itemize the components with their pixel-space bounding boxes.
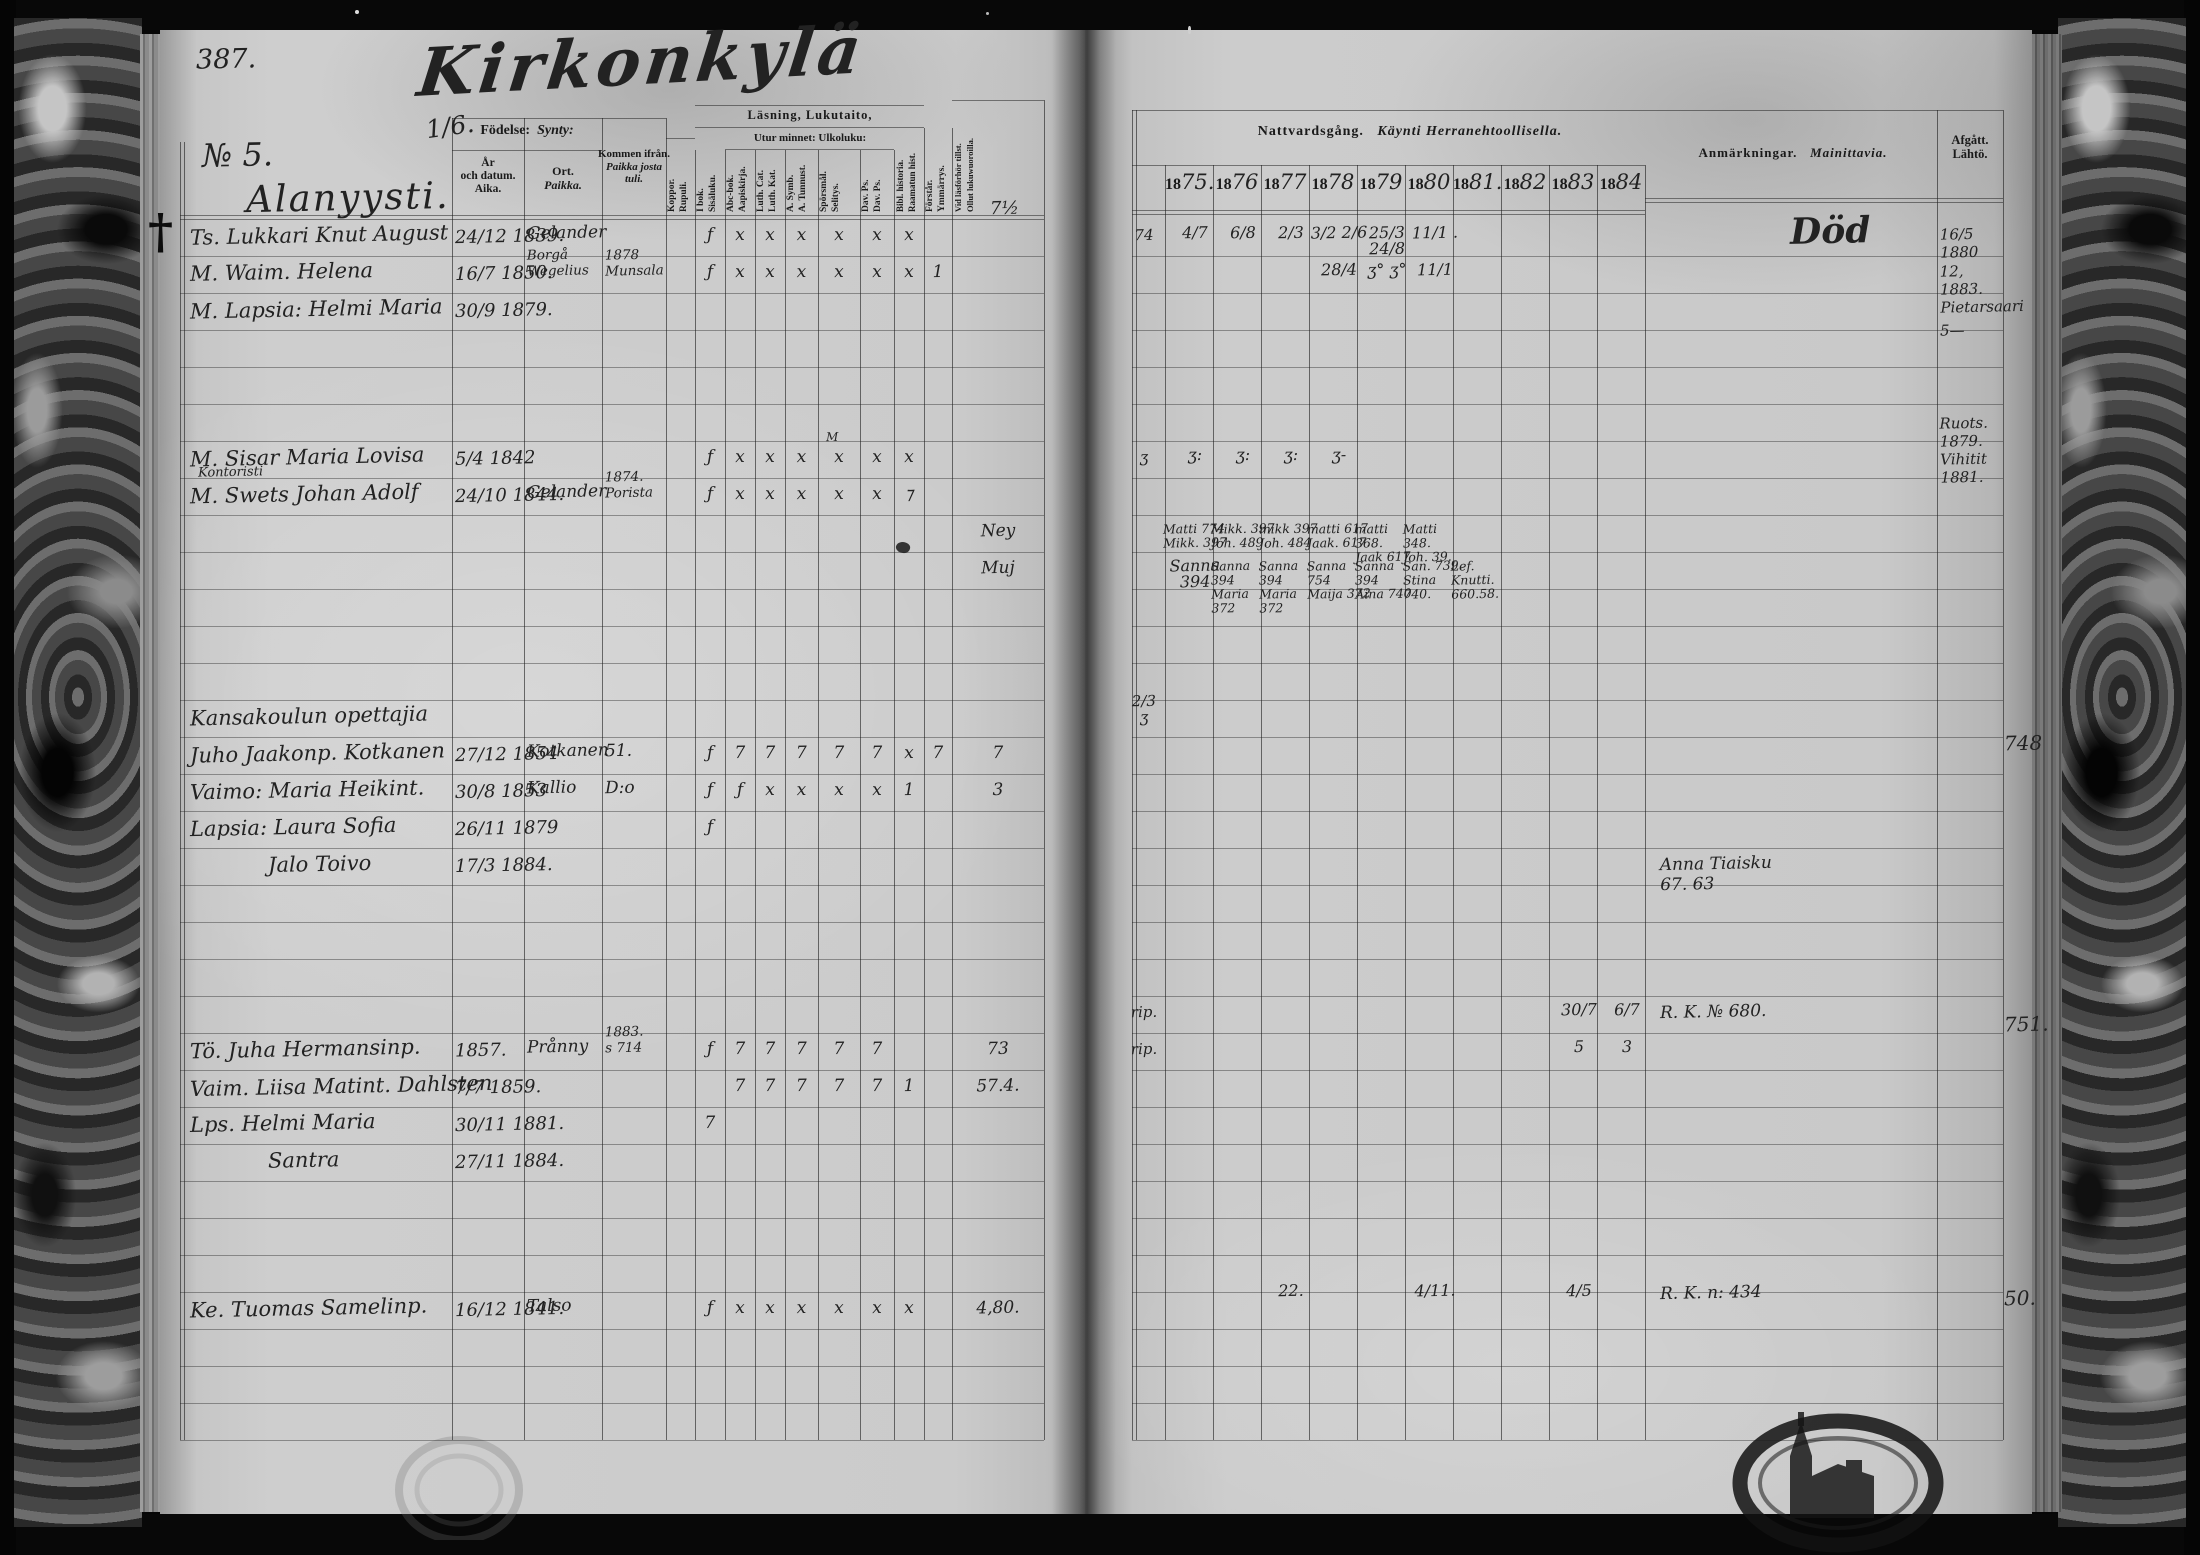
departed-note: 5—: [1940, 321, 2002, 340]
entry-birthplace: Borgå Wegelius: [527, 246, 589, 279]
right-table-column-line: [1937, 110, 1938, 1440]
left-table-column-line: [602, 118, 603, 1440]
departed-note: 12, 1883. Pietarsaari: [1939, 261, 2002, 316]
left-row-line: [180, 441, 1044, 442]
reading-mark-bibl: x: [894, 227, 924, 245]
right-row-line: [1132, 959, 2003, 960]
communion-cell-1884: 6/7: [1595, 1001, 1659, 1018]
column-label-koppor: Koppor. Rupuli.: [666, 140, 695, 212]
year-header-cell: 1880: [1405, 170, 1453, 194]
reading-mark-abc: x: [725, 486, 755, 504]
year-suffix-handwritten: 81.: [1469, 170, 1502, 194]
reading-mark-bibl: x: [894, 745, 924, 763]
entry-came-from: D:o: [605, 780, 635, 797]
entry-birthplace: Prånny: [527, 1038, 589, 1055]
left-row-line: [180, 737, 1044, 738]
right-year-column-line: [1213, 165, 1214, 1440]
margin-note: rip.: [1124, 1004, 1164, 1021]
column-label-vidlas: Vid läsförhör tillst. Ollut lukuwuoroill…: [952, 102, 1044, 212]
header-fodelse: Födelse: Synty:: [452, 123, 602, 139]
right-row-line: [1132, 737, 2003, 738]
left-row-line: [180, 922, 1044, 923]
left-table-edge: [180, 142, 181, 1440]
column-label-abc: Abc-bok. Aapiskirja.: [725, 152, 755, 212]
reading-mark-abc: x: [725, 264, 755, 282]
right-row-line: [1132, 811, 2003, 812]
left-row-line: [180, 996, 1044, 997]
right-year-column-line: [1261, 165, 1262, 1440]
year-suffix-handwritten: 78: [1328, 170, 1355, 194]
year-suffix-handwritten: 75.: [1181, 170, 1214, 194]
folio-number-left: 387.: [196, 43, 257, 75]
column-label-cat: Luth. Cat. Luth. Kat.: [755, 152, 785, 212]
reading-mark-forstar: 7: [924, 745, 952, 763]
right-row-line: [1132, 848, 2003, 849]
right-row-line: [1132, 1366, 2003, 1367]
death-cross-mark: †: [148, 204, 173, 260]
reading-mark-symb: x: [785, 486, 818, 504]
header-natt-sv: Nattvardsgång.: [1258, 124, 1364, 139]
reading-mark-cat: 7: [755, 1078, 785, 1096]
left-header-line: [452, 118, 666, 119]
right-row-line: [1132, 1070, 2003, 1071]
reading-mark-abc: 7: [725, 745, 755, 763]
reading-mark-vidlas: 3: [952, 781, 1044, 800]
remark-note: R. K. № 680.: [1660, 1001, 1767, 1023]
header-anmarkningar: Anmärkningar. Mainittavia.: [1658, 146, 1928, 161]
reading-mark-bibl: 1: [894, 1078, 924, 1096]
right-row-line: [1132, 885, 2003, 886]
year-suffix-handwritten: 84: [1616, 170, 1643, 194]
right-row-line: [1132, 367, 2003, 368]
right-row-line: [1132, 552, 2003, 553]
left-header-bottom: [180, 219, 1044, 220]
faint-stamp-icon: [392, 1428, 527, 1540]
reading-mark-vidlas: Ney: [952, 522, 1044, 541]
year-header-cell: 1884: [1597, 170, 1645, 194]
left-row-line: [180, 1181, 1044, 1182]
year-header-cell: 1877: [1261, 170, 1309, 194]
left-header-line: [452, 150, 602, 151]
reading-mark-bibl: x: [894, 449, 924, 467]
left-header-line: [952, 100, 1044, 101]
reading-mark-davps: x: [860, 449, 894, 467]
entry-birthdate: 27/11 1884.: [455, 1150, 565, 1173]
left-row-line: [180, 552, 1044, 553]
column-label-spors: Spörsmål. Selitys.: [818, 152, 860, 212]
scan-speck: [986, 12, 989, 15]
left-row-line: [180, 700, 1044, 701]
left-header-line: [695, 127, 924, 128]
entry-birthdate: 5/4 1842: [455, 447, 536, 470]
reading-mark-symb: 7: [785, 1078, 818, 1096]
right-row-line: [1132, 1329, 2003, 1330]
entry-name: Ke. Tuomas Samelinp.: [190, 1294, 428, 1323]
reading-mark-cat: x: [755, 264, 785, 282]
year-suffix-handwritten: 79: [1376, 170, 1403, 194]
right-header-line: [1132, 110, 2003, 111]
margin-note: 74: [1124, 227, 1164, 244]
reading-mark-forstar: 1: [924, 264, 952, 282]
right-year-column-line: [1549, 165, 1550, 1440]
reading-mark-ibok: ƒ: [695, 449, 725, 467]
entry-came-from: 51.: [605, 743, 632, 760]
archive-church-stamp-icon: [1728, 1408, 1948, 1553]
year-header-cell: 1883: [1549, 170, 1597, 194]
entry-came-from: 1874. Porista: [605, 469, 654, 502]
book-gutter: [1052, 30, 1116, 1514]
left-row-line: [180, 1107, 1044, 1108]
reading-mark-abc: 7: [725, 1041, 755, 1059]
right-row-line: [1132, 922, 2003, 923]
communion-cell-1884: 3: [1595, 1038, 1659, 1055]
reading-mark-abc: x: [725, 227, 755, 245]
header-lasning: Läsning, Lukutaito,: [695, 108, 925, 122]
right-row-line: [1132, 441, 2003, 442]
header-nattvardsgang: Nattvardsgång. Käynti Herranehtoollisell…: [1200, 124, 1620, 140]
column-label-ibok: I bok. Sisäluku.: [695, 152, 725, 212]
reading-mark-davps: 7: [860, 1041, 894, 1059]
year-suffix-handwritten: 82: [1520, 170, 1547, 194]
margin-folio-number: 50.: [2004, 1286, 2036, 1311]
year-suffix-handwritten: 80: [1424, 170, 1451, 194]
right-header-line: [1132, 214, 1645, 215]
year-header-cell: 1882: [1501, 170, 1549, 194]
right-row-line: [1132, 774, 2003, 775]
reading-mark-spors: x: [818, 1300, 860, 1318]
left-row-line: [180, 885, 1044, 886]
reading-mark-davps: x: [860, 782, 894, 800]
entry-birthplace: Talso: [527, 1298, 572, 1315]
reading-mark-note: M: [826, 430, 839, 444]
entry-birthdate: 1857.: [455, 1039, 507, 1061]
header-afgatt: Afgått. Lähtö.: [1937, 133, 2003, 162]
year-prefix-printed: 18: [1216, 176, 1232, 193]
reading-mark-davps: x: [860, 1300, 894, 1318]
reading-mark-spors: x: [818, 782, 860, 800]
reading-mark-spors: x: [818, 227, 860, 245]
entry-birthplace: Gelander: [527, 224, 607, 242]
header-natt-fi: Käynti Herranehtoollisella.: [1377, 124, 1562, 139]
reading-mark-spors: x: [818, 449, 860, 467]
reading-mark-bibl: x: [894, 264, 924, 282]
reading-mark-davps: x: [860, 227, 894, 245]
reading-mark-abc: 7: [725, 1078, 755, 1096]
header-kommen-sv: Kommen ifrån.: [598, 148, 670, 160]
left-row-line: [180, 367, 1044, 368]
left-header-bottom: [180, 215, 1044, 216]
reading-mark-ibok: ƒ: [695, 227, 725, 245]
left-header-line: [666, 138, 695, 139]
header-kommen-fi: Paikka josta tuli.: [606, 161, 662, 186]
margin-folio-number: 751.: [2004, 1012, 2049, 1037]
section-heading: Kansakoulun opettajia: [190, 702, 428, 731]
right-row-line: [1132, 330, 2003, 331]
left-table-column-line: [666, 118, 667, 1440]
communion-cell-1880: 4/11.: [1403, 1283, 1467, 1300]
year-header-cell: 1876: [1213, 170, 1261, 194]
scan-speck: [355, 10, 359, 14]
right-year-column-line: [1501, 165, 1502, 1440]
right-row-line: [1132, 404, 2003, 405]
right-row-line: [1132, 663, 2003, 664]
right-row-line: [1132, 1403, 2003, 1404]
entry-number: № 5.: [202, 135, 274, 174]
departed-note: 16/5 1880: [1940, 224, 2003, 261]
page-edges-right: [2032, 34, 2062, 1512]
left-row-line: [180, 959, 1044, 960]
right-year-column-line: [1405, 165, 1406, 1440]
margin-note: 2/3 ʒ: [1124, 693, 1165, 726]
left-row-line: [180, 293, 1044, 294]
header-ort-fi: Paikka.: [544, 178, 582, 192]
margin-note: rip.: [1124, 1041, 1164, 1058]
right-row-line: [1132, 1033, 2003, 1034]
reading-mark-spors: 7: [818, 745, 860, 763]
year-header-cell: 1879: [1357, 170, 1405, 194]
left-row-line: [180, 330, 1044, 331]
entry-birthplace: Gelander: [527, 483, 607, 501]
year-prefix-printed: 18: [1453, 176, 1469, 193]
right-row-line: [1132, 478, 2003, 479]
entry-came-from: 1878 Munsala: [605, 246, 664, 279]
right-row-line: [1132, 256, 2003, 257]
column-label-forstar: Förstår. Ymmärrys.: [924, 128, 952, 212]
reading-mark-symb: x: [785, 1300, 818, 1318]
right-row-line: [1132, 293, 2003, 294]
right-row-line: [1132, 1440, 2003, 1441]
entry-name: Vaimo: Maria Heikint.: [190, 776, 425, 805]
year-prefix-printed: 18: [1408, 176, 1424, 193]
reading-mark-vidlas: 4,80.: [952, 1299, 1044, 1318]
right-year-column-line: [1597, 165, 1598, 1440]
entry-came-from: 1883. s 714: [605, 1024, 644, 1057]
year-header-cell: 1875.: [1165, 170, 1213, 194]
scan-speck: [1188, 26, 1191, 34]
entry-birthdate: 17/3 1884.: [455, 854, 553, 877]
remark-note: Död: [1790, 209, 1871, 253]
right-row-line: [1132, 1255, 2003, 1256]
left-table-column-line: [452, 118, 453, 1440]
reading-mark-cat: 7: [755, 745, 785, 763]
reading-mark-vidlas: 73: [952, 1040, 1044, 1059]
header-anm-fi: Mainittavia.: [1810, 145, 1887, 160]
right-row-line: [1132, 515, 2003, 516]
left-table-column-line: [924, 128, 925, 1440]
right-row-line: [1132, 996, 2003, 997]
year-prefix-printed: 18: [1165, 176, 1181, 193]
column-label-bibl: Bibl. historia. Raamatun hist.: [894, 128, 924, 212]
entry-birthdate: 26/11 1879: [455, 817, 559, 840]
communion-cell-1880: 11/1: [1403, 261, 1467, 278]
departed-note: Ruots. 1879. Vihitit 1881.: [1939, 413, 2002, 486]
reading-mark-abc: ƒ: [725, 782, 755, 800]
reading-mark-symb: x: [785, 227, 818, 245]
entry-name: Tö. Juha Hermansinp.: [190, 1035, 421, 1064]
year-header-cell: 1878: [1309, 170, 1357, 194]
entry-name-note: Kontoristi: [198, 464, 263, 480]
left-header-line: [725, 149, 894, 150]
communion-cell-1878: ʒ-: [1307, 446, 1371, 463]
reading-mark-cat: x: [755, 227, 785, 245]
entry-name: Lapsia: Laura Sofia: [190, 813, 397, 841]
header-fodelse-sv: Födelse:: [480, 123, 530, 138]
communion-cell-1877: 22.: [1259, 1283, 1323, 1300]
marbled-cover-right: [2058, 18, 2186, 1527]
year-prefix-printed: 18: [1504, 176, 1520, 193]
entry-name: Jalo Toivo: [268, 851, 372, 877]
reading-mark-davps: 7: [860, 745, 894, 763]
reading-mark-cat: x: [755, 782, 785, 800]
header-utur-minnet: Utur minnet: Ulkoluku:: [725, 132, 895, 145]
entry-birthplace: Kotkanen: [527, 742, 609, 760]
header-anm-sv: Anmärkningar.: [1699, 145, 1798, 160]
year-prefix-printed: 18: [1312, 176, 1328, 193]
communion-cell-1881: Lef. Knutti. 660.58.: [1451, 558, 1516, 601]
reading-mark-ibok: ƒ: [695, 1041, 725, 1059]
year-suffix-handwritten: 77: [1280, 170, 1307, 194]
scan-border-right: [2184, 0, 2200, 1555]
entry-name: M. Swets Johan Adolf: [190, 480, 419, 509]
year-prefix-printed: 18: [1552, 176, 1568, 193]
left-row-line: [180, 1255, 1044, 1256]
reading-mark-cat: x: [755, 449, 785, 467]
entry-birthplace: Kallio: [527, 779, 577, 796]
scan-border-top: [0, 0, 2200, 30]
right-row-line: [1132, 1218, 2003, 1219]
reading-mark-bibl: 1: [894, 782, 924, 800]
reading-mark-spors: x: [818, 486, 860, 504]
reading-mark-abc: x: [725, 1300, 755, 1318]
left-row-line: [180, 1403, 1044, 1404]
reading-mark-symb: x: [785, 782, 818, 800]
margin-note: ʒ: [1124, 449, 1164, 466]
reading-mark-symb: x: [785, 264, 818, 282]
communion-cell-1883: 4/5: [1547, 1283, 1611, 1300]
right-row-line: [1132, 700, 2003, 701]
left-row-line: [180, 1218, 1044, 1219]
left-row-line: [180, 663, 1044, 664]
reading-mark-symb: 7: [785, 745, 818, 763]
remark-note: Anna Tiaisku 67. 63: [1660, 853, 1773, 895]
reading-mark-spors: 7: [818, 1041, 860, 1059]
reading-mark-ibok: ƒ: [695, 782, 725, 800]
right-row-line: [1132, 1144, 2003, 1145]
left-row-line: [180, 404, 1044, 405]
header-ar-datum: År och datum. Aika.: [452, 157, 524, 197]
left-row-line: [180, 1070, 1044, 1071]
left-row-line: [180, 774, 1044, 775]
year-prefix-printed: 18: [1360, 176, 1376, 193]
left-row-line: [180, 1329, 1044, 1330]
reading-mark-ibok: ƒ: [695, 486, 725, 504]
left-row-line: [180, 848, 1044, 849]
entry-birthdate: 30/9 1879.: [455, 299, 553, 322]
right-year-column-line: [1165, 165, 1166, 1440]
year-suffix-handwritten: 76: [1232, 170, 1259, 194]
reading-mark-cat: x: [755, 1300, 785, 1318]
reading-mark-ibok: ƒ: [695, 745, 725, 763]
reading-mark-ibok: ƒ: [695, 1300, 725, 1318]
left-row-line: [180, 589, 1044, 590]
header-fodelse-fi: Synty:: [537, 123, 574, 138]
header-ort-sv: Ort.: [552, 164, 574, 178]
reading-mark-spors: x: [818, 264, 860, 282]
right-year-column-line: [1645, 165, 1646, 1440]
reading-mark-davps: x: [860, 486, 894, 504]
column-label-symb: A. Symb. A. Tunnust.: [785, 152, 818, 212]
column-label-davps: Dav. Ps. Dav. Ps.: [860, 152, 894, 212]
right-year-column-line: [1357, 165, 1358, 1440]
entry-birthdate: 30/11 1881.: [455, 1113, 565, 1136]
entry-birthdate: 7/7 1859.: [455, 1076, 542, 1099]
left-row-line: [180, 1440, 1044, 1441]
year-suffix-handwritten: 83: [1568, 170, 1595, 194]
reading-mark-ibok: ƒ: [695, 819, 725, 837]
left-table-edge: [1044, 100, 1045, 1440]
right-table-edge: [1136, 110, 1137, 1440]
left-row-line: [180, 1366, 1044, 1367]
scanned-ledger-book-scan: 387. Kirkonkylä № 5. 1/6. Alanyysti. 7½ …: [0, 0, 2200, 1555]
left-row-line: [180, 1144, 1044, 1145]
right-row-line: [1132, 1181, 2003, 1182]
right-table-edge: [1132, 110, 1133, 1440]
left-header-line: [695, 105, 924, 106]
marbled-cover-left: [14, 18, 142, 1527]
reading-mark-abc: x: [725, 449, 755, 467]
year-prefix-printed: 18: [1264, 176, 1280, 193]
reading-mark-symb: x: [785, 449, 818, 467]
reading-mark-vidlas: 57.4.: [952, 1077, 1044, 1096]
right-year-column-line: [1309, 165, 1310, 1440]
left-row-line: [180, 626, 1044, 627]
right-header-line: [1132, 210, 1645, 211]
reading-mark-bibl: ⁊: [894, 486, 924, 504]
reading-mark-ibok: 7: [695, 1115, 725, 1133]
reading-mark-symb: 7: [785, 1041, 818, 1059]
header-kommen: Kommen ifrån. Paikka josta tuli.: [596, 148, 672, 186]
left-row-line: [180, 515, 1044, 516]
right-row-line: [1132, 626, 2003, 627]
right-header-line: [1132, 165, 1645, 166]
entry-name: M. Waim. Helena: [190, 258, 374, 286]
margin-folio-number: 748: [2004, 731, 2043, 756]
year-prefix-printed: 18: [1600, 176, 1616, 193]
right-header-line: [1645, 202, 2003, 203]
left-row-line: [180, 1292, 1044, 1293]
reading-mark-davps: x: [860, 264, 894, 282]
left-table-edge: [184, 142, 185, 1440]
reading-mark-bibl: x: [894, 1300, 924, 1318]
year-header-cell: 1881.: [1453, 170, 1501, 194]
reading-mark-vidlas: Muj: [952, 559, 1044, 578]
header-ort: Ort. Paikka.: [524, 165, 602, 193]
right-row-line: [1132, 1107, 2003, 1108]
reading-mark-davps: 7: [860, 1078, 894, 1096]
entry-name: Lps. Helmi Maria: [190, 1109, 376, 1137]
right-header-line: [1645, 198, 2003, 199]
reading-mark-spors: 7: [818, 1078, 860, 1096]
entry-name: Santra: [268, 1147, 340, 1172]
reading-mark-vidlas: 7: [952, 744, 1044, 763]
right-year-column-line: [1453, 165, 1454, 1440]
remark-note: R. K. n: 434: [1660, 1282, 1762, 1304]
communion-cell-1880: 11/1 .: [1403, 224, 1467, 241]
left-row-line: [180, 811, 1044, 812]
reading-mark-ibok: ƒ: [695, 264, 725, 282]
reading-mark-cat: x: [755, 486, 785, 504]
reading-mark-cat: 7: [755, 1041, 785, 1059]
